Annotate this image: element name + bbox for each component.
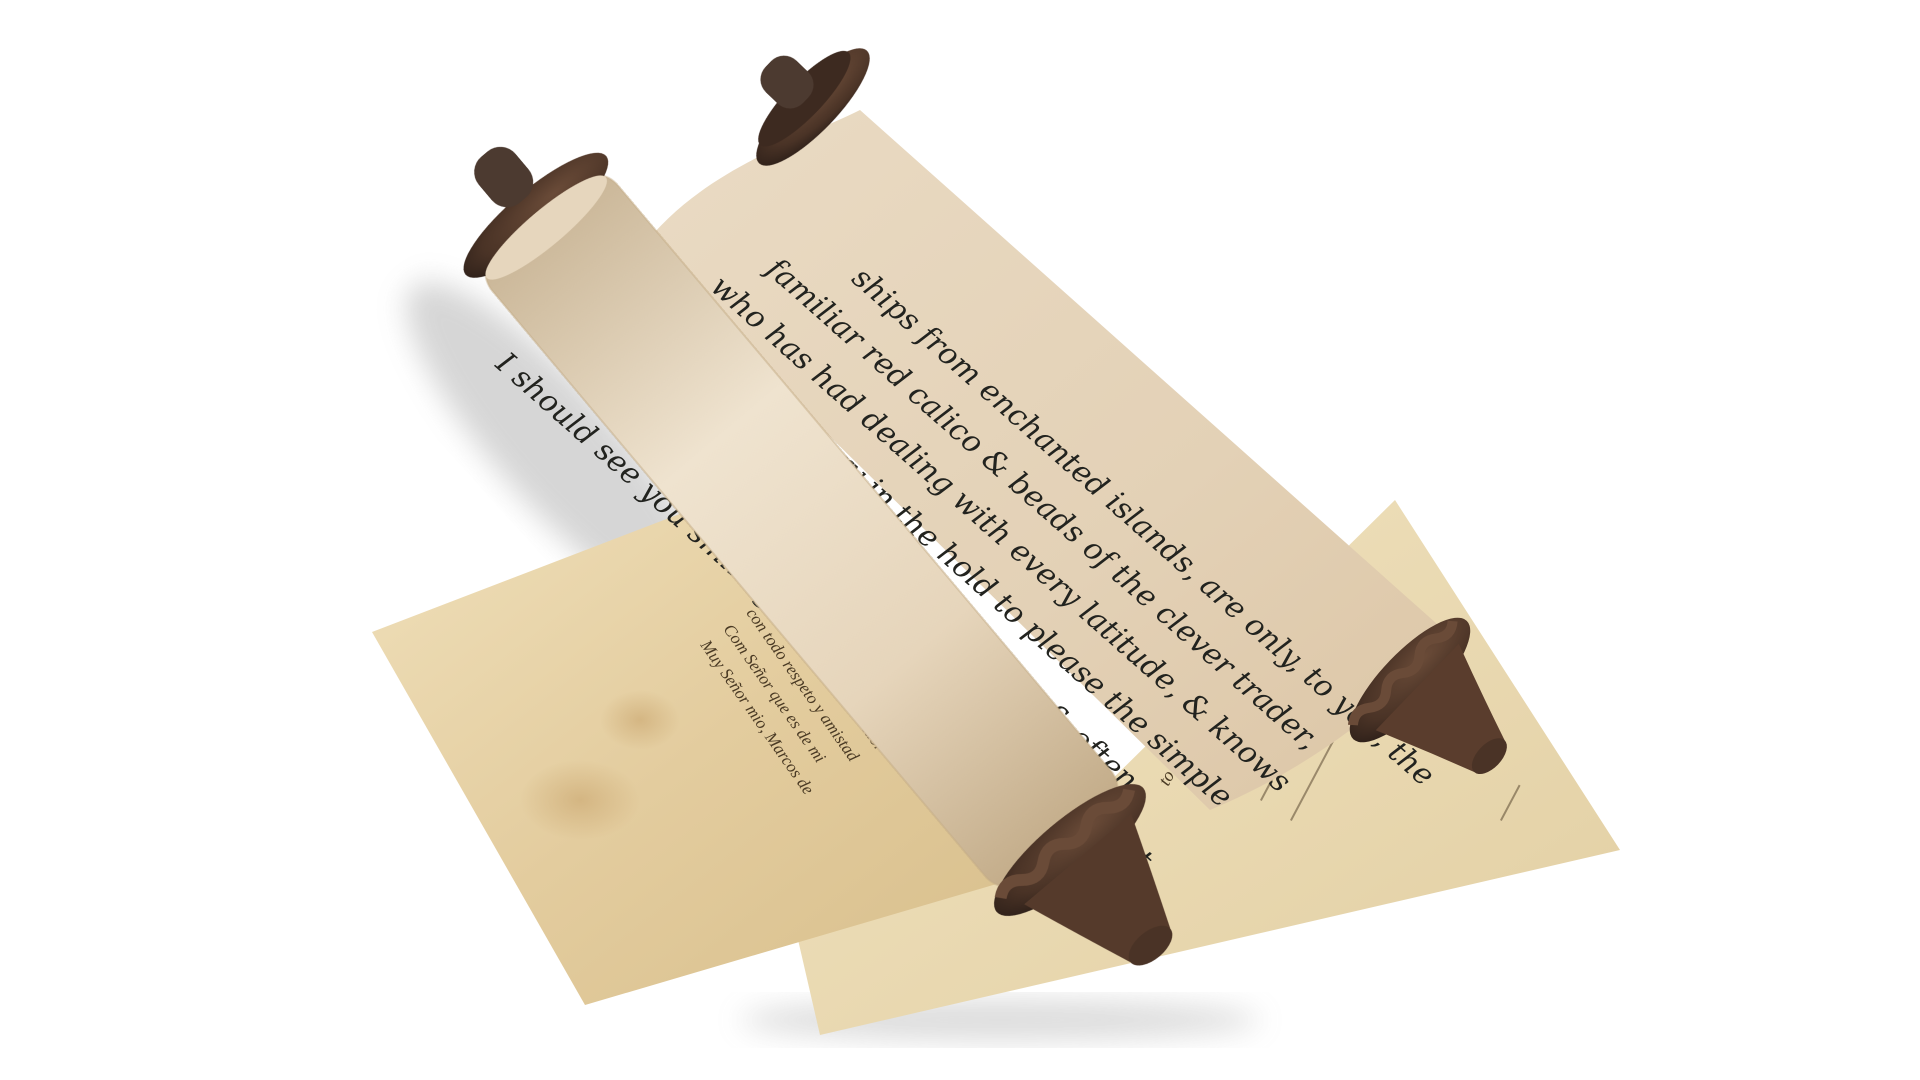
scroll-photo-scene: My of the to be done Muy Señor mio, Marc…: [0, 0, 1920, 1080]
